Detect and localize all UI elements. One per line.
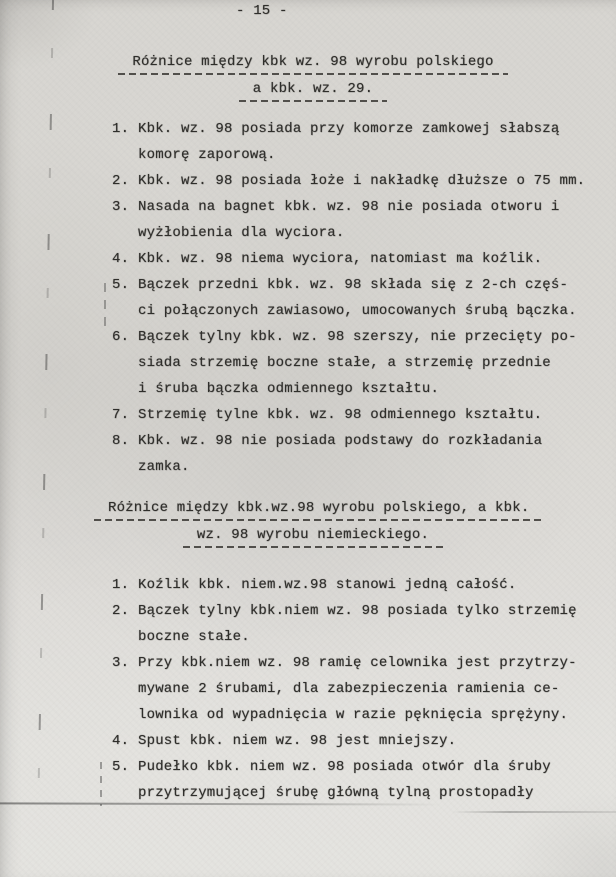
item-line: zamka.: [138, 454, 582, 480]
item-line: i śruba bączka odmiennego kształtu.: [138, 376, 582, 402]
item-line: Bączek tylny kbk. wz. 98 szerszy, nie pr…: [138, 324, 582, 350]
scanned-document-page: - 15 - Różnice między kbk wz. 98 wyrobu …: [0, 0, 616, 877]
margin-mark-bottom: [100, 762, 102, 806]
fold-line-vertical: [37, 0, 54, 820]
item-number: 1.: [98, 572, 138, 598]
item-number: 1.: [98, 116, 138, 142]
heading-line: Różnice między kbk wz. 98 wyrobu polskie…: [122, 52, 503, 75]
section-2-heading: Różnice między kbk.wz.98 wyrobu polskieg…: [98, 498, 528, 552]
heading-line: a kbk. wz. 29.: [243, 79, 383, 102]
item-number: 3.: [98, 650, 138, 676]
item-line: Przy kbk.niem wz. 98 ramię celownika jes…: [138, 650, 582, 676]
item-line: mywane 2 śrubami, dla zabezpieczenia ram…: [138, 676, 582, 702]
margin-mark: [104, 283, 106, 333]
item-line: Kbk. wz. 98 nie posiada podstawy do rozk…: [138, 428, 582, 454]
item-number: 4.: [98, 728, 138, 754]
item-line: Nasada na bagnet kbk. wz. 98 nie posiada…: [138, 194, 582, 220]
page-content: Różnice między kbk wz. 98 wyrobu polskie…: [98, 0, 582, 806]
list-item: 7. Strzemię tylne kbk. wz. 98 odmiennego…: [98, 402, 582, 428]
item-line: Kbk. wz. 98 posiada przy komorze zamkowe…: [138, 116, 582, 142]
list-item: 5. Pudełko kbk. niem wz. 98 posiada otwó…: [98, 754, 582, 806]
heading-line: Różnice między kbk.wz.98 wyrobu polskieg…: [98, 498, 539, 521]
item-number: 8.: [98, 428, 138, 454]
item-line: lownika od wypadnięcia w razie pęknięcia…: [138, 702, 582, 728]
list-item: 2. Bączek tylny kbk.niem wz. 98 posiada …: [98, 598, 582, 650]
item-line: Strzemię tylne kbk. wz. 98 odmiennego ks…: [138, 402, 582, 428]
item-line: Bączek tylny kbk.niem wz. 98 posiada tyl…: [138, 598, 582, 624]
item-number: 3.: [98, 194, 138, 220]
item-line: ci połączonych zawiasowo, umocowanych śr…: [138, 298, 582, 324]
fold-line-horizontal-right: [452, 811, 616, 813]
list-item: 3. Przy kbk.niem wz. 98 ramię celownika …: [98, 650, 582, 728]
item-line: Bączek przedni kbk. wz. 98 składa się z …: [138, 272, 582, 298]
section-2-list: 1. Koźlik kbk. niem.wz.98 stanowi jedną …: [98, 572, 582, 806]
heading-line: wz. 98 wyrobu niemieckiego.: [187, 525, 439, 548]
item-line: komorę zaporową.: [138, 142, 582, 168]
item-line: boczne stałe.: [138, 624, 582, 650]
list-item: 1. Koźlik kbk. niem.wz.98 stanowi jedną …: [98, 572, 582, 598]
item-number: 4.: [98, 246, 138, 272]
list-item: 6. Bączek tylny kbk. wz. 98 szerszy, nie…: [98, 324, 582, 402]
section-1-heading: Różnice między kbk wz. 98 wyrobu polskie…: [98, 52, 528, 106]
item-line: Kbk. wz. 98 posiada łoże i nakładkę dłuż…: [138, 168, 582, 194]
list-item: 3. Nasada na bagnet kbk. wz. 98 nie posi…: [98, 194, 582, 246]
list-item: 4. Spust kbk. niem wz. 98 jest mniejszy.: [98, 728, 582, 754]
list-item: 1. Kbk. wz. 98 posiada przy komorze zamk…: [98, 116, 582, 168]
item-number: 7.: [98, 402, 138, 428]
section-1-list: 1. Kbk. wz. 98 posiada przy komorze zamk…: [98, 116, 582, 480]
item-number: 5.: [98, 754, 138, 780]
item-line: wyżłobienia dla wyciora.: [138, 220, 582, 246]
item-line: Spust kbk. niem wz. 98 jest mniejszy.: [138, 728, 582, 754]
item-line: Kbk. wz. 98 niema wyciora, natomiast ma …: [138, 246, 582, 272]
item-line: siada strzemię boczne stałe, a strzemię …: [138, 350, 582, 376]
item-number: 2.: [98, 598, 138, 624]
list-item: 5. Bączek przedni kbk. wz. 98 składa się…: [98, 272, 582, 324]
list-item: 4. Kbk. wz. 98 niema wyciora, natomiast …: [98, 246, 582, 272]
item-line: Koźlik kbk. niem.wz.98 stanowi jedną cał…: [138, 572, 582, 598]
item-number: 2.: [98, 168, 138, 194]
list-item: 2. Kbk. wz. 98 posiada łoże i nakładkę d…: [98, 168, 582, 194]
list-item: 8. Kbk. wz. 98 nie posiada podstawy do r…: [98, 428, 582, 480]
item-line: Pudełko kbk. niem wz. 98 posiada otwór d…: [138, 754, 582, 780]
